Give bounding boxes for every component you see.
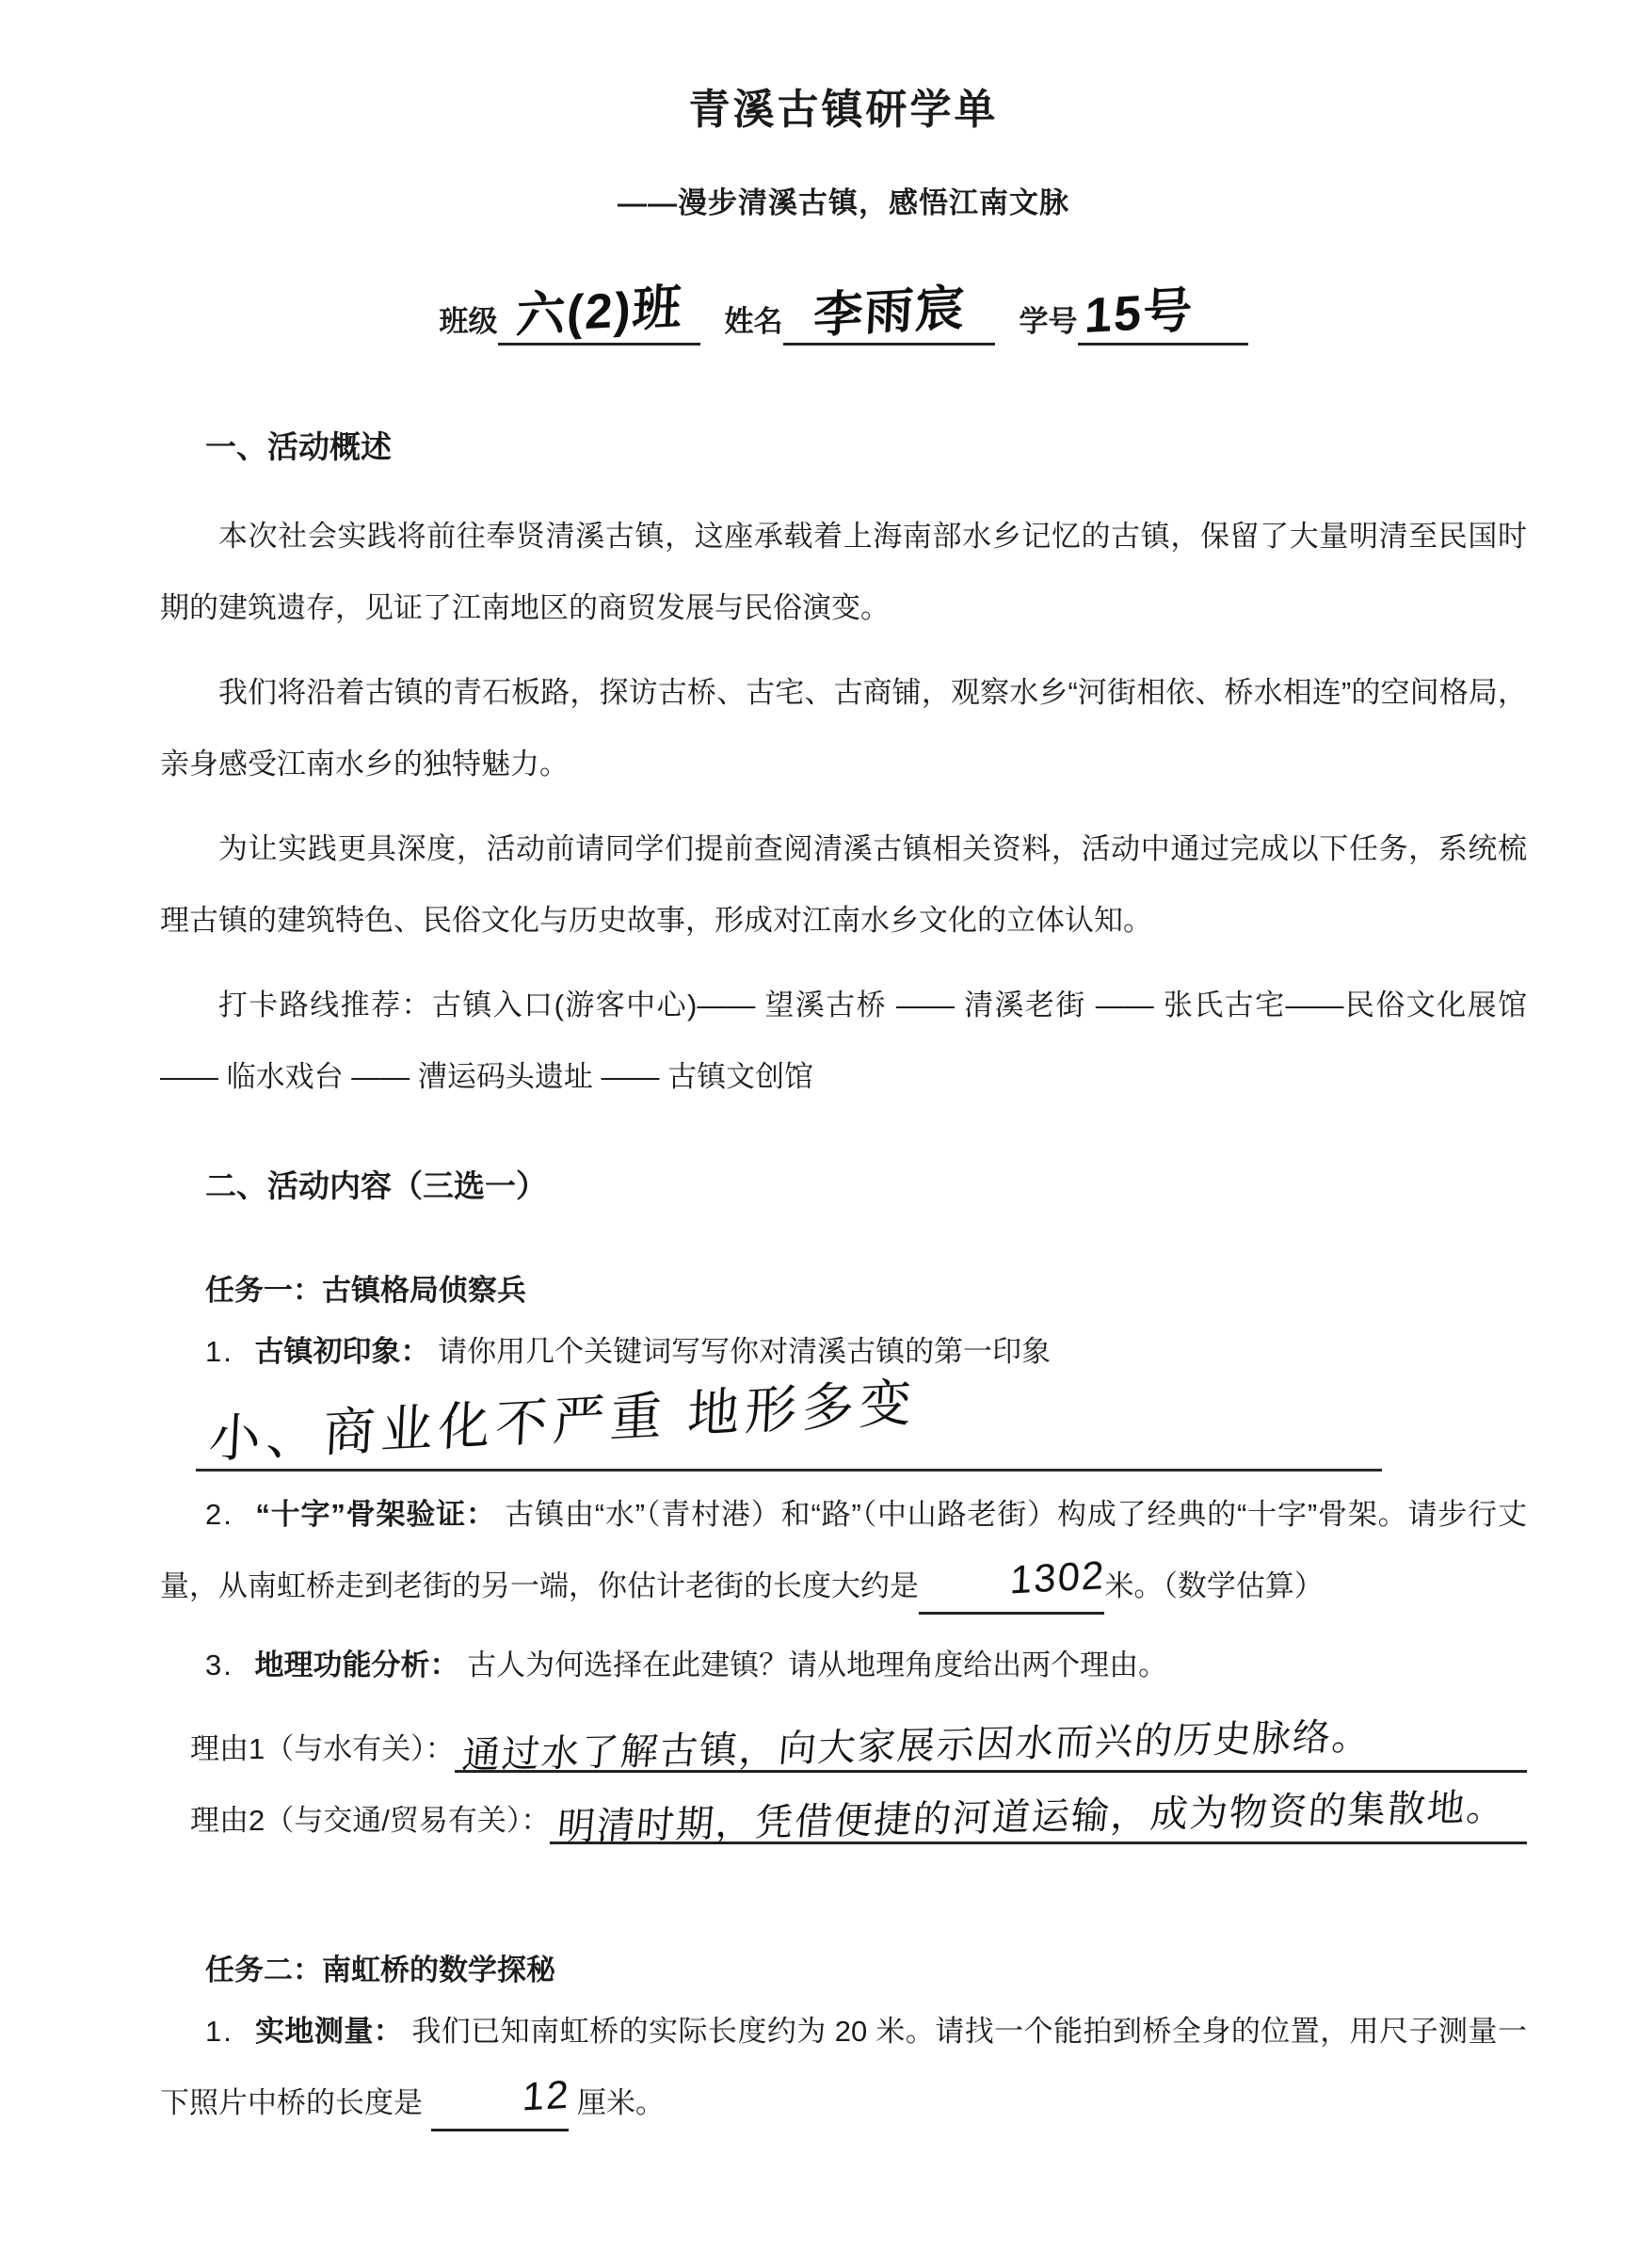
section2-heading: 二、活动内容（三选一） [160, 1162, 1527, 1206]
task1-q2-number: 2. [205, 1498, 233, 1531]
task1-q1-answer-blank: 小、商业化不严重 地形多变 [196, 1390, 1382, 1472]
task1-q1-label: 古镇初印象： [254, 1335, 429, 1368]
section1-heading: 一、活动概述 [160, 423, 1527, 467]
task1-q3-number: 3. [205, 1649, 233, 1681]
task1-q1-text: 请你用几个关键词写写你对清溪古镇的第一印象 [438, 1335, 1051, 1368]
task2-q1-label: 实地测量： [255, 2015, 403, 2048]
task1-q3-reason2-row: 理由2（与交通/贸易有关）： 明清时期，凭借便捷的河道运输，成为物资的集散地。 [160, 1775, 1527, 1844]
name-blank: 李雨宸 [783, 292, 995, 346]
reason1-answer-blank: 通过水了解古镇，向大家展示因水而兴的历史脉络。 [455, 1700, 1527, 1773]
class-label: 班级 [440, 298, 498, 346]
task1-q1-number: 1. [205, 1335, 233, 1368]
overview-paragraph-2: 我们将沿着古镇的青石板路，探访古桥、古宅、古商铺，观察水乡“河街相依、桥水相连”… [160, 657, 1527, 800]
task2-question-1: 1. 实地测量： 我们已知南虹桥的实际长度约为 20 米。请找一个能拍到桥全身的… [160, 1996, 1527, 2139]
class-value-handwriting: 六(2)班 [515, 282, 684, 341]
reason2-answer-handwriting: 明清时期，凭借便捷的河道运输，成为物资的集散地。 [555, 1777, 1509, 1851]
worksheet-content: 青溪古镇研学单 ——漫步清溪古镇，感悟江南文脉 班级 六(2)班 姓名 李雨宸 … [0, 0, 1638, 2139]
reason2-label: 理由2（与交通/贸易有关）： [190, 1796, 550, 1844]
task1-question-3: 3. 地理功能分析： 古人为何选择在此建镇？请从地理角度给出两个理由。 [160, 1630, 1527, 1701]
student-id-label: 学号 [1020, 298, 1078, 346]
task1-q3-reason1-row: 理由1（与水有关）： 通过水了解古镇，向大家展示因水而兴的历史脉络。 [160, 1703, 1527, 1773]
reason1-label: 理由1（与水有关）： [190, 1725, 455, 1773]
page-title: 青溪古镇研学单 [160, 75, 1527, 136]
task1-q2-text-after: 米。（数学估算） [1104, 1569, 1324, 1602]
name-label: 姓名 [725, 298, 783, 346]
worksheet-page: 青溪古镇研学单 ——漫步清溪古镇，感悟江南文脉 班级 六(2)班 姓名 李雨宸 … [0, 0, 1638, 2268]
task2-q1-answer-blank: 12 [431, 2080, 570, 2131]
reason2-answer-blank: 明清时期，凭借便捷的河道运输，成为物资的集散地。 [550, 1772, 1527, 1844]
task1-q2-answer-handwriting: 1302 [964, 1555, 1106, 1602]
task1-heading: 任务一：古镇格局侦察兵 [160, 1266, 1527, 1309]
class-blank: 六(2)班 [498, 292, 700, 346]
task2-heading: 任务二：南虹桥的数学探秘 [160, 1946, 1527, 1988]
student-id-blank: 15号 [1078, 292, 1248, 346]
task2-q1-answer-handwriting: 12 [476, 2075, 571, 2119]
task2-q1-number: 1. [205, 2015, 233, 2048]
route-recommendation-paragraph: 打卡路线推荐：古镇入口(游客中心)—— 望溪古桥 —— 清溪老街 —— 张氏古宅… [160, 970, 1527, 1113]
page-subtitle: ——漫步清溪古镇，感悟江南文脉 [160, 179, 1527, 221]
student-info-row: 班级 六(2)班 姓名 李雨宸 学号 15号 [160, 259, 1527, 346]
task1-q2-label: “十字”骨架验证： [255, 1498, 496, 1531]
reason1-answer-handwriting: 通过水了解古镇，向大家展示因水而兴的历史脉络。 [460, 1707, 1374, 1779]
task1-q3-text: 古人为何选择在此建镇？请从地理角度给出两个理由。 [467, 1649, 1167, 1681]
task1-q2-answer-blank: 1302 [919, 1563, 1104, 1615]
task1-question-2: 2. “十字”骨架验证： 古镇由“水”（青村港）和“路”（中山路老街）构成了经典… [160, 1479, 1527, 1622]
task2-q1-text-after: 厘米。 [569, 2086, 665, 2119]
overview-paragraph-1: 本次社会实践将前往奉贤清溪古镇，这座承载着上海南部水乡记忆的古镇，保留了大量明清… [160, 501, 1527, 644]
name-value-handwriting: 李雨宸 [812, 283, 968, 341]
student-id-handwriting: 15号 [1084, 286, 1195, 341]
overview-paragraph-3: 为让实践更具深度，活动前请同学们提前查阅清溪古镇相关资料，活动中通过完成以下任务… [160, 813, 1527, 957]
task1-q3-label: 地理功能分析： [254, 1649, 458, 1681]
